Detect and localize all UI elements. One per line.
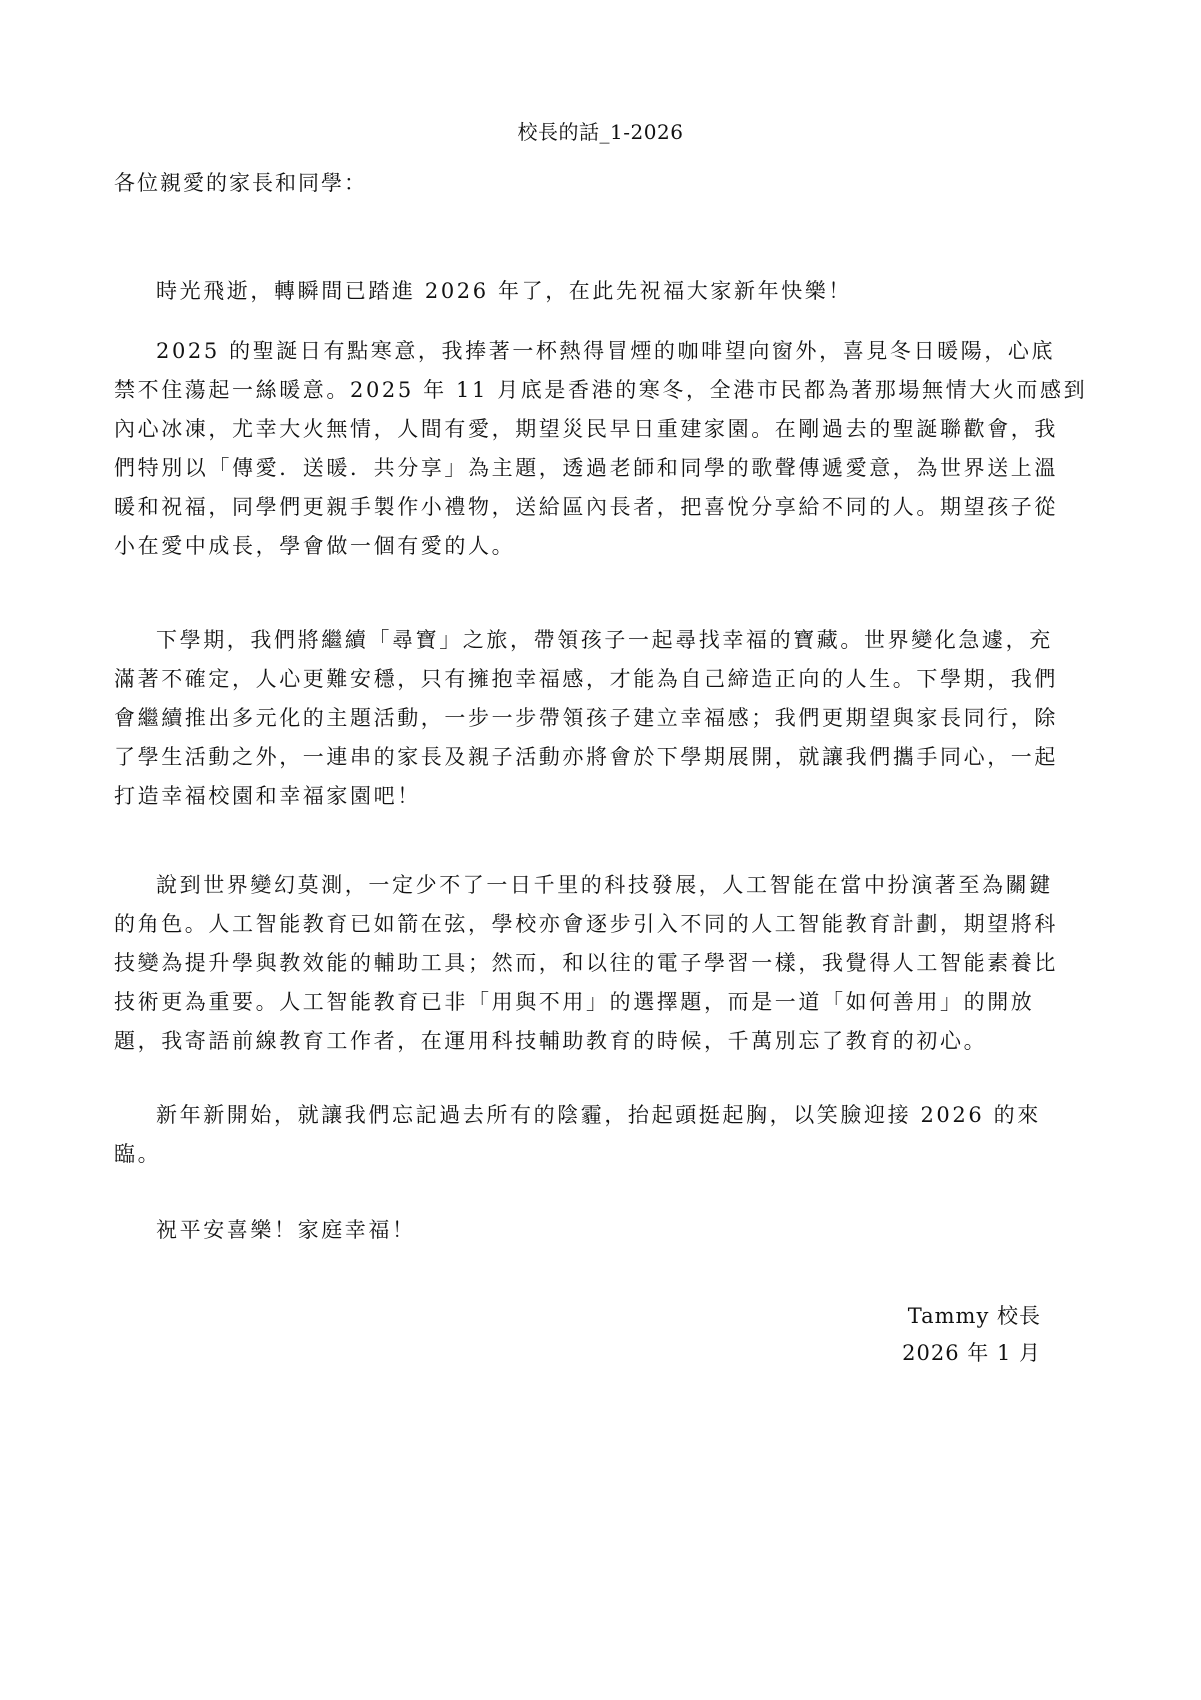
paragraph-line: 技術更為重要。人工智能教育已非「用與不用」的選擇題，而是一道「如何善用」的開放 <box>114 983 1094 1022</box>
signature-block: Tammy 校長 2026 年 1 月 <box>902 1298 1041 1372</box>
paragraph-line: 內心冰凍，尤幸大火無情，人間有愛，期望災民早日重建家園。在剛過去的聖誕聯歡會，我 <box>114 410 1094 449</box>
paragraph-line: 技變為提升學與教效能的輔助工具；然而，和以往的電子學習一樣，我覺得人工智能素養比 <box>114 944 1094 983</box>
paragraph-christmas: 2025 的聖誕日有點寒意，我捧著一杯熱得冒煙的咖啡望向窗外，喜見冬日暖陽，心底… <box>114 332 1094 566</box>
paragraph-line: 祝平安喜樂！家庭幸福！ <box>114 1211 1094 1250</box>
paragraph-line: 的角色。人工智能教育已如箭在弦，學校亦會逐步引入不同的人工智能教育計劃，期望將科 <box>114 905 1094 944</box>
letter-page: 校長的話_1-2026 各位親愛的家長和同學： 時光飛逝，轉瞬間已踏進 2026… <box>0 0 1201 1700</box>
paragraph-line: 暖和祝福，同學們更親手製作小禮物，送給區內長者，把喜悅分享給不同的人。期望孩子從 <box>114 488 1094 527</box>
paragraph-line: 說到世界變幻莫測，一定少不了一日千里的科技發展，人工智能在當中扮演著至為關鍵 <box>114 866 1094 905</box>
paragraph-line: 題，我寄語前線教育工作者，在運用科技輔助教育的時候，千萬別忘了教育的初心。 <box>114 1022 1094 1061</box>
paragraph-line: 臨。 <box>114 1135 1094 1174</box>
paragraph-line: 禁不住蕩起一絲暖意。2025 年 11 月底是香港的寒冬，全港市民都為著那場無情… <box>114 371 1094 410</box>
document-title: 校長的話_1-2026 <box>0 118 1201 146</box>
signature-name: Tammy 校長 <box>902 1298 1041 1335</box>
paragraph-blessing: 祝平安喜樂！家庭幸福！ <box>114 1211 1094 1250</box>
paragraph-new-beginning: 新年新開始，就讓我們忘記過去所有的陰霾，抬起頭挺起胸，以笑臉迎接 2026 的來… <box>114 1096 1094 1174</box>
paragraph-line: 打造幸福校園和幸福家園吧！ <box>114 777 1094 816</box>
paragraph-line: 小在愛中成長，學會做一個有愛的人。 <box>114 527 1094 566</box>
paragraph-new-year-greeting: 時光飛逝，轉瞬間已踏進 2026 年了，在此先祝福大家新年快樂！ <box>114 272 1094 311</box>
paragraph-line: 下學期，我們將繼續「尋寶」之旅，帶領孩子一起尋找幸福的寶藏。世界變化急遽，充 <box>114 621 1094 660</box>
signature-date: 2026 年 1 月 <box>902 1335 1041 1372</box>
paragraph-ai-education: 說到世界變幻莫測，一定少不了一日千里的科技發展，人工智能在當中扮演著至為關鍵 的… <box>114 866 1094 1061</box>
paragraph-next-term: 下學期，我們將繼續「尋寶」之旅，帶領孩子一起尋找幸福的寶藏。世界變化急遽，充 滿… <box>114 621 1094 816</box>
paragraph-line: 2025 的聖誕日有點寒意，我捧著一杯熱得冒煙的咖啡望向窗外，喜見冬日暖陽，心底 <box>114 332 1094 371</box>
paragraph-line: 會繼續推出多元化的主題活動，一步一步帶領孩子建立幸福感；我們更期望與家長同行，除 <box>114 699 1094 738</box>
paragraph-line: 時光飛逝，轉瞬間已踏進 2026 年了，在此先祝福大家新年快樂！ <box>114 272 1094 311</box>
paragraph-line: 新年新開始，就讓我們忘記過去所有的陰霾，抬起頭挺起胸，以笑臉迎接 2026 的來 <box>114 1096 1094 1135</box>
paragraph-line: 了學生活動之外，一連串的家長及親子活動亦將會於下學期展開，就讓我們攜手同心，一起 <box>114 738 1094 777</box>
paragraph-line: 滿著不確定，人心更難安穩，只有擁抱幸福感，才能為自己締造正向的人生。下學期，我們 <box>114 660 1094 699</box>
paragraph-line: 們特別以「傳愛．送暖．共分享」為主題，透過老師和同學的歌聲傳遞愛意，為世界送上溫 <box>114 449 1094 488</box>
salutation: 各位親愛的家長和同學： <box>114 168 367 198</box>
